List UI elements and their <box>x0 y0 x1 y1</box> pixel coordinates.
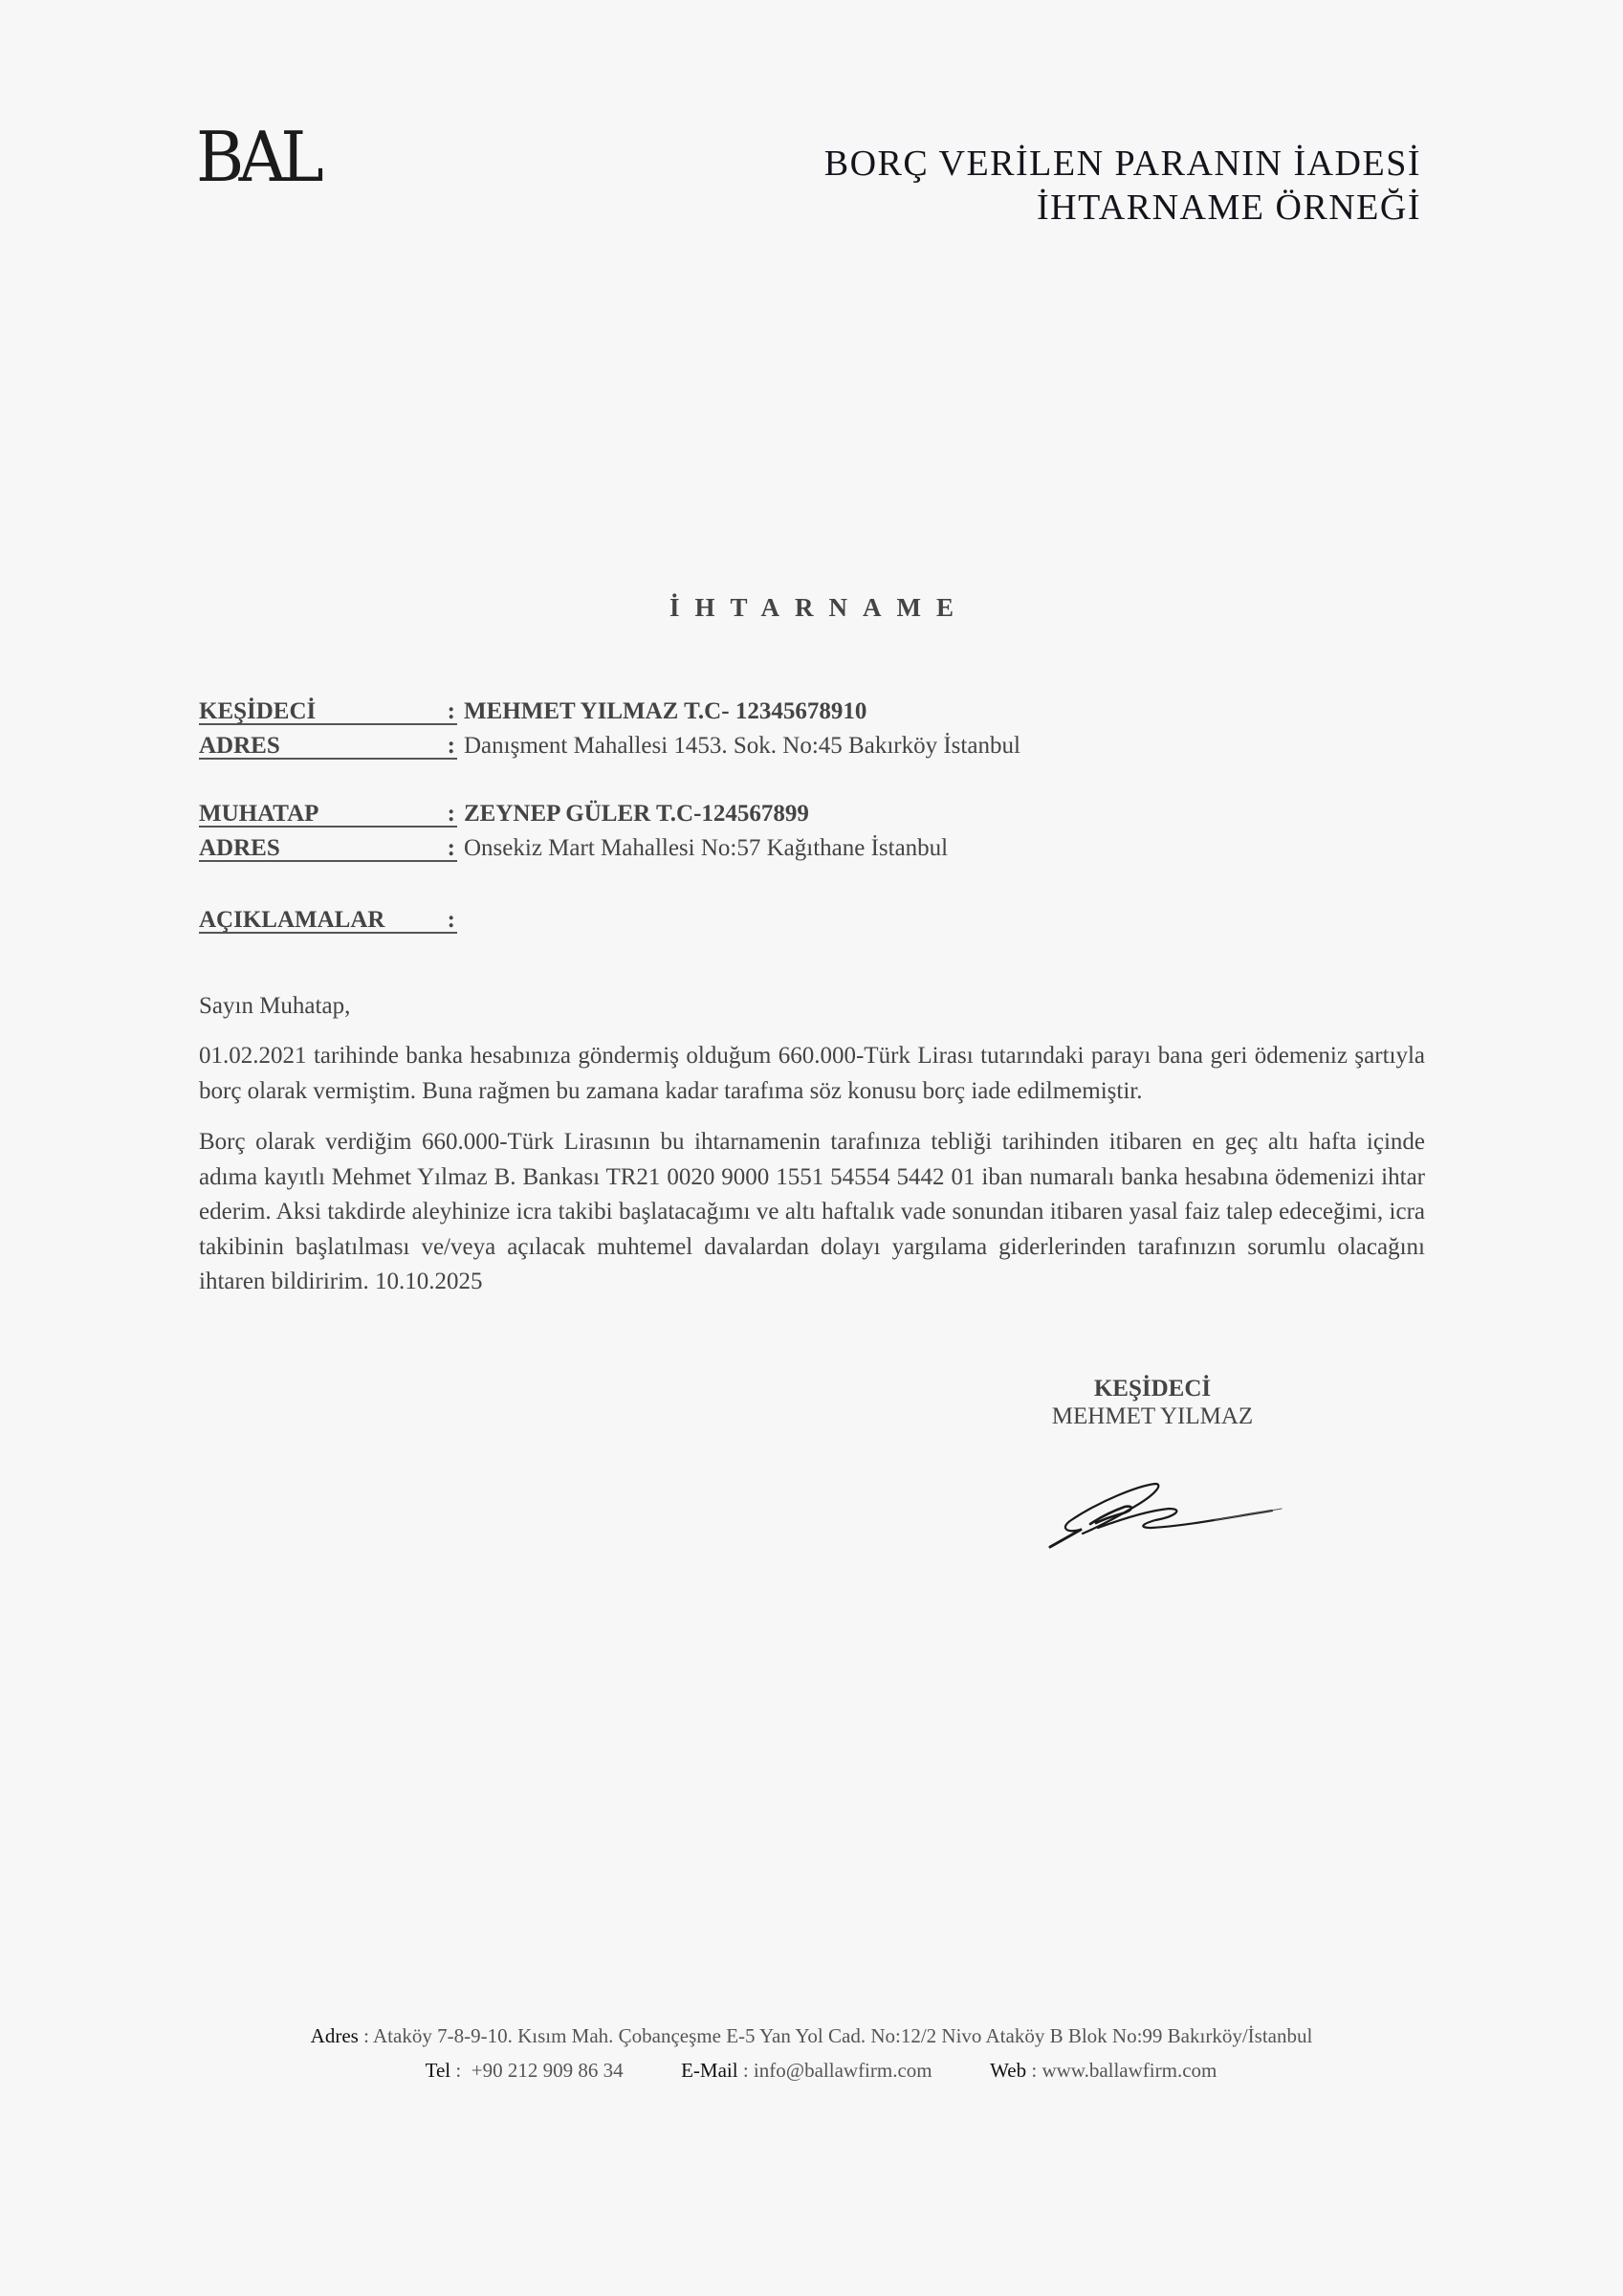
footer-tel: Tel : +90 212 909 86 34 <box>426 2053 624 2087</box>
footer-web-key: Web <box>990 2059 1026 2082</box>
footer-address-value: Ataköy 7-8-9-10. Kısım Mah. Çobançeşme E… <box>373 2024 1312 2047</box>
recipient-address-row: ADRES : Onsekiz Mart Mahallesi No:57 Kağ… <box>199 831 948 866</box>
body-paragraph-2: Borç olarak verdiğim 660.000-Türk Lirası… <box>199 1125 1425 1300</box>
body-paragraph-1: 01.02.2021 tarihinde banka hesabınıza gö… <box>199 1039 1425 1109</box>
footer-contacts: Tel : +90 212 909 86 34 E-Mail : info@ba… <box>0 2053 1623 2087</box>
document-heading-line2: İHTARNAME ÖRNEĞİ <box>824 186 1421 230</box>
handwritten-signature-icon <box>1042 1478 1291 1555</box>
separator: : <box>738 2059 754 2082</box>
recipient-label: MUHATAP : <box>199 797 457 828</box>
document-heading: BORÇ VERİLEN PARANIN İADESİ İHTARNAME ÖR… <box>824 142 1421 230</box>
separator: : <box>359 2024 373 2047</box>
recipient-address-label-text: ADRES <box>199 831 280 866</box>
sender-row: KEŞİDECİ : MEHMET YILMAZ T.C- 1234567891… <box>199 695 1020 729</box>
recipient-block: MUHATAP : ZEYNEP GÜLER T.C-124567899 ADR… <box>199 797 948 866</box>
footer-tel-key: Tel <box>426 2059 451 2082</box>
colon: : <box>448 797 455 831</box>
recipient-value: ZEYNEP GÜLER T.C-124567899 <box>457 797 809 831</box>
footer-tel-value[interactable]: +90 212 909 86 34 <box>472 2059 624 2082</box>
signature-name: MEHMET YILMAZ <box>1033 1402 1272 1430</box>
footer-email-link[interactable]: info@ballawfirm.com <box>754 2059 932 2082</box>
sender-address-label: ADRES : <box>199 729 457 760</box>
sender-address-value: Danışment Mahallesi 1453. Sok. No:45 Bak… <box>457 729 1020 763</box>
footer-address: Adres : Ataköy 7-8-9-10. Kısım Mah. Çoba… <box>0 2019 1623 2053</box>
sender-address-row: ADRES : Danışment Mahallesi 1453. Sok. N… <box>199 729 1020 763</box>
recipient-label-text: MUHATAP <box>199 797 318 831</box>
greeting: Sayın Muhatap, <box>199 989 1425 1025</box>
explanations-label: AÇIKLAMALAR : <box>199 903 457 934</box>
footer-email-key: E-Mail <box>681 2059 737 2082</box>
sender-block: KEŞİDECİ : MEHMET YILMAZ T.C- 1234567891… <box>199 695 1020 763</box>
explanations-block: AÇIKLAMALAR : <box>199 903 457 938</box>
footer-address-key: Adres <box>311 2024 359 2047</box>
paragraph-text: Borç olarak verdiğim 660.000-Türk Lirası… <box>199 1125 1425 1300</box>
document-title: İHTARNAME <box>0 593 1623 623</box>
document-heading-line1: BORÇ VERİLEN PARANIN İADESİ <box>824 142 1421 186</box>
explanations-row: AÇIKLAMALAR : <box>199 903 457 938</box>
sender-address-label-text: ADRES <box>199 729 280 763</box>
recipient-row: MUHATAP : ZEYNEP GÜLER T.C-124567899 <box>199 797 948 831</box>
explanations-label-text: AÇIKLAMALAR <box>199 903 384 938</box>
separator: : <box>450 2059 466 2082</box>
colon: : <box>448 695 455 729</box>
sender-value: MEHMET YILMAZ T.C- 12345678910 <box>457 695 866 729</box>
colon: : <box>448 729 455 763</box>
footer-web: Web : www.ballawfirm.com <box>990 2053 1217 2087</box>
recipient-address-value: Onsekiz Mart Mahallesi No:57 Kağıthane İ… <box>457 831 948 866</box>
colon: : <box>448 831 455 866</box>
signature-title: KEŞİDECİ <box>1033 1375 1272 1402</box>
footer-email: E-Mail : info@ballawfirm.com <box>681 2053 932 2087</box>
footer: Adres : Ataköy 7-8-9-10. Kısım Mah. Çoba… <box>0 2019 1623 2087</box>
sender-label: KEŞİDECİ : <box>199 695 457 725</box>
sender-label-text: KEŞİDECİ <box>199 695 316 729</box>
footer-web-link[interactable]: www.ballawfirm.com <box>1042 2059 1217 2082</box>
signature-block: KEŞİDECİ MEHMET YILMAZ <box>1033 1375 1272 1430</box>
firm-logo: BAL <box>196 122 318 191</box>
separator: : <box>1026 2059 1042 2082</box>
recipient-address-label: ADRES : <box>199 831 457 862</box>
colon: : <box>448 903 455 938</box>
paragraph-text: 01.02.2021 tarihinde banka hesabınıza gö… <box>199 1039 1425 1109</box>
